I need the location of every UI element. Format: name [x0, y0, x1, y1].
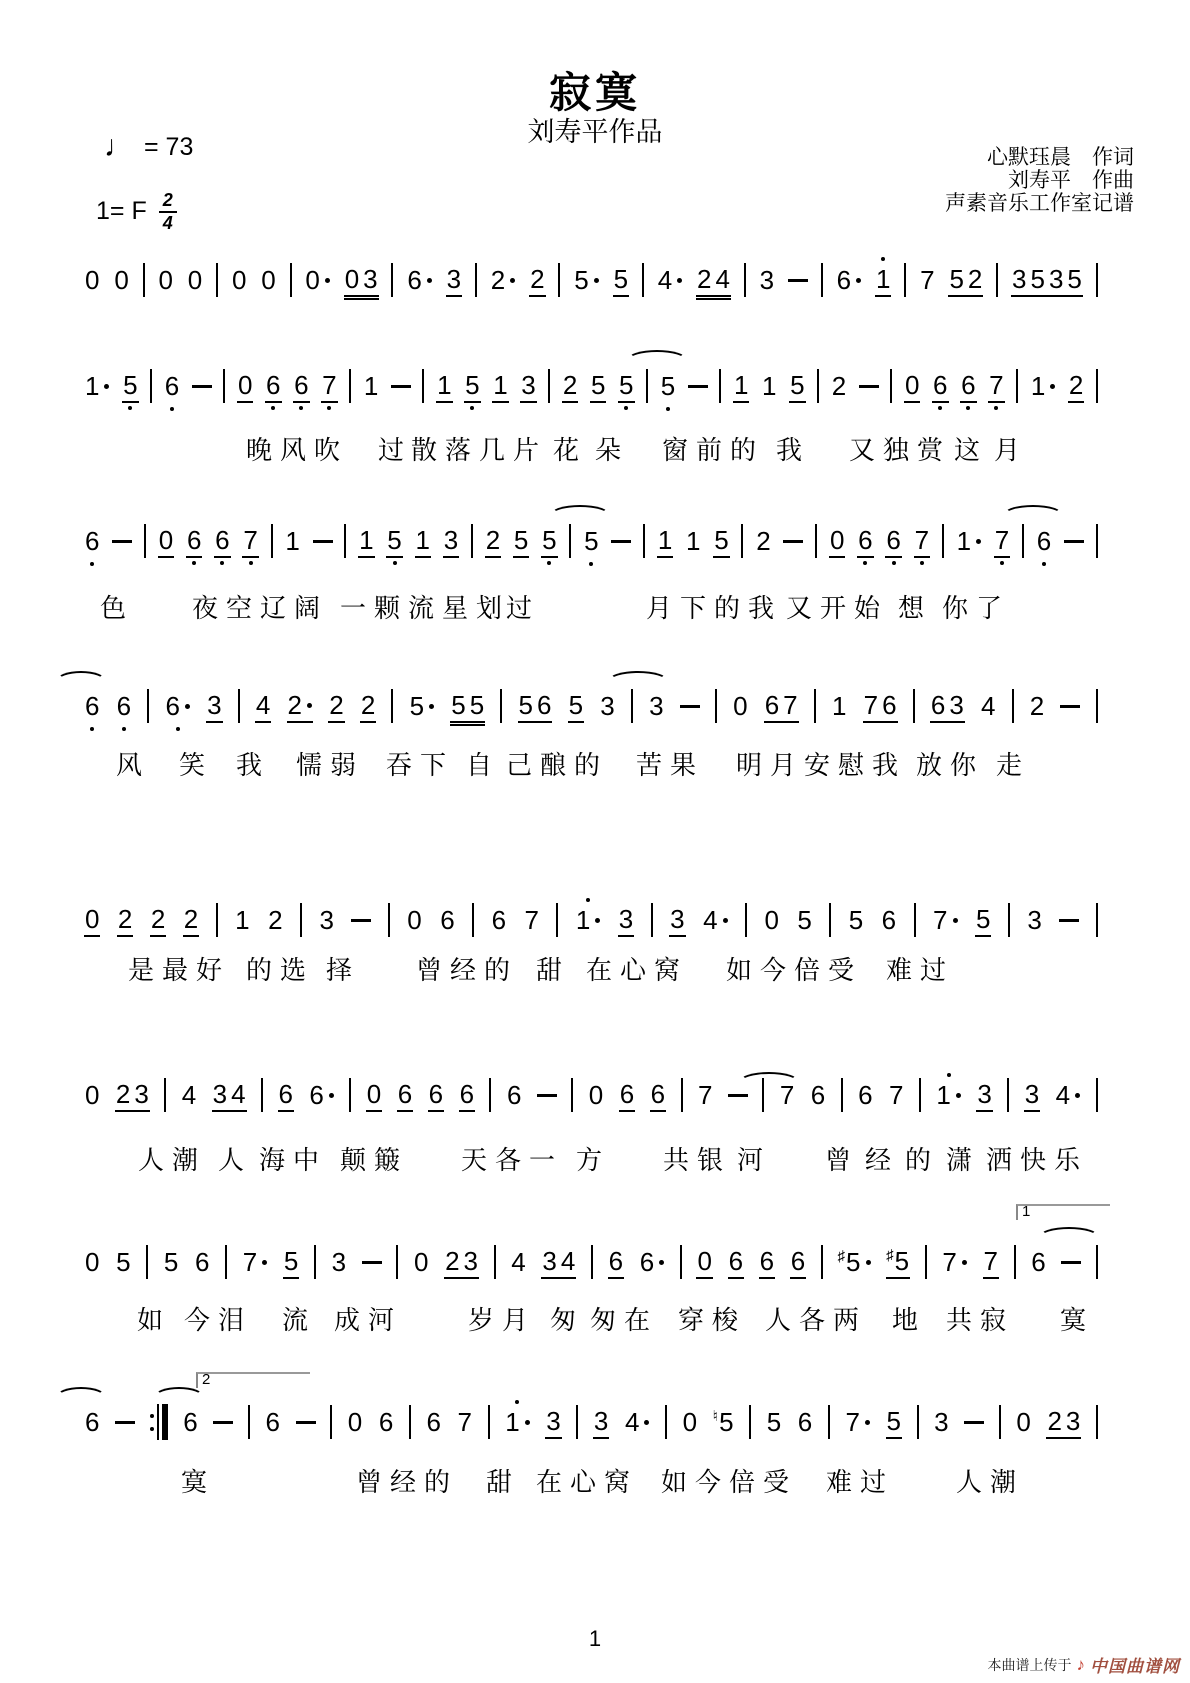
lyric-segment: 散落几片	[411, 430, 547, 467]
note-token: ♯5	[838, 1246, 872, 1278]
lyric-segment: 地	[892, 1300, 926, 1337]
octave-dot-below	[271, 406, 275, 410]
lyric-segment: 海中	[259, 1140, 327, 1177]
watermark: 本曲谱上传于 ♪ 中国曲谱网	[988, 1652, 1181, 1677]
note-token: 0	[588, 1079, 604, 1111]
lyric-segment: 走	[996, 745, 1030, 782]
dash-prolong	[537, 1094, 557, 1097]
note-token: 1	[831, 690, 847, 722]
barline	[472, 903, 474, 937]
note-token: 3	[446, 263, 462, 297]
note-digits: 0	[238, 369, 252, 401]
note-token: 2	[183, 903, 199, 937]
note-token: 6	[619, 1078, 635, 1112]
note-token: 3	[545, 1405, 561, 1439]
note-digits: 2	[832, 370, 846, 402]
note-digits: 0	[85, 1079, 99, 1111]
note-digits: 1	[437, 369, 451, 401]
note-digits: 5	[574, 264, 588, 296]
note-digits: 5	[465, 369, 479, 401]
credits-block: 心默珏晨 作词 刘寿平 作曲 声素音乐工作室记谱	[945, 146, 1134, 215]
note-digits: 0	[158, 264, 172, 296]
note-digits: 5	[895, 1245, 909, 1277]
lyric-segment: 你了	[942, 588, 1010, 625]
note-token: 7	[932, 904, 958, 936]
note-digits: 6	[215, 524, 229, 556]
note-token: 1	[935, 1079, 961, 1111]
repeat-dots	[150, 1414, 154, 1431]
barline	[665, 1405, 667, 1439]
barline	[216, 263, 218, 297]
note-digits: 0	[764, 904, 778, 936]
dash-prolong	[362, 1261, 382, 1264]
note-digits: 5	[849, 904, 863, 936]
note-digits: 2	[361, 689, 375, 721]
lyric-segment: 人潮	[956, 1462, 1024, 1499]
barline	[631, 689, 633, 723]
barline	[471, 524, 473, 558]
lyric-line-8: 寞曾经的甜在心窝如今倍受难过人潮	[0, 1462, 1190, 1496]
note-digits: 0	[683, 1406, 697, 1438]
barline	[164, 1078, 166, 1112]
dash-prolong	[728, 1094, 748, 1097]
volta-label: 1	[1018, 1203, 1110, 1220]
lyric-segment: 是最好	[128, 950, 230, 987]
note-digits: 1	[576, 904, 590, 936]
note-token: 4	[1055, 1079, 1081, 1111]
barline	[681, 1078, 683, 1112]
barline	[719, 369, 721, 403]
octave-dot-below	[920, 561, 924, 565]
note-token: 6	[932, 369, 948, 403]
note-token: 7	[983, 1245, 999, 1279]
tie-arc	[1003, 505, 1063, 525]
note-digits: 5	[387, 524, 401, 556]
volta-bracket-2: 2	[196, 1372, 310, 1388]
note-token: 6	[797, 1406, 813, 1438]
note-token: 0	[84, 903, 100, 937]
note-token: 1	[733, 369, 749, 403]
lyric-segment: 明月安慰我	[736, 745, 906, 782]
octave-dot-below	[170, 407, 174, 411]
octave-dot-below	[547, 561, 551, 565]
note-digits: 6	[165, 690, 179, 722]
barline	[396, 1245, 398, 1279]
music-line-7: 0556753023434660666♯5♯5776	[84, 1240, 1098, 1284]
lyric-segment: 夜空辽阔	[192, 588, 328, 625]
note-digits: 1	[1031, 370, 1045, 402]
note-digits: 7	[889, 1079, 903, 1111]
note-token: 1	[363, 370, 379, 402]
note-digits: 6	[791, 1245, 805, 1277]
note-token: 1	[504, 1406, 530, 1438]
note-token: 3535	[1011, 263, 1083, 297]
note-digits: 0	[733, 690, 747, 722]
note-digits: 7	[243, 524, 257, 556]
note-token: 5	[122, 369, 138, 403]
lyric-segment: 方	[576, 1140, 610, 1177]
note-digits: 2	[1069, 369, 1083, 401]
barline	[571, 1078, 573, 1112]
sharp-icon: ♯	[886, 1240, 894, 1272]
note-digits: 7	[933, 904, 947, 936]
barline	[942, 524, 944, 558]
note-token: 0	[347, 1406, 363, 1438]
note-digits: 1	[957, 525, 971, 557]
note-digits: 0	[589, 1079, 603, 1111]
note-digits: 6	[85, 1406, 99, 1438]
barline	[248, 1405, 250, 1439]
note-digits: 5	[123, 369, 137, 401]
note-digits: 2	[268, 904, 282, 936]
note-token: 2	[117, 903, 133, 937]
barline	[1096, 369, 1098, 403]
lyric-segment: 又独赏	[849, 430, 951, 467]
barline	[290, 263, 292, 297]
note-digits: 23	[445, 1245, 482, 1277]
lyric-segment: 曾经的	[416, 950, 518, 987]
note-token: 0	[413, 1246, 429, 1278]
note-token: 5	[660, 370, 676, 402]
note-digits: 3	[332, 1246, 346, 1278]
barline	[829, 903, 831, 937]
note-digits: 2	[151, 903, 165, 935]
barline	[1096, 689, 1098, 723]
thin-barline	[157, 1404, 159, 1440]
note-token: 5	[409, 690, 435, 722]
barline	[715, 689, 717, 723]
note-token: 3	[599, 690, 615, 722]
note-token: 56	[518, 689, 553, 723]
note-token: 7	[941, 1246, 967, 1278]
note-token: 67	[764, 689, 799, 723]
note-token: 2	[562, 369, 578, 403]
barline	[913, 689, 915, 723]
note-token: 3	[318, 904, 334, 936]
note-token: 1	[492, 369, 508, 403]
note-digits: 0	[697, 1245, 711, 1277]
note-token: 6	[1036, 525, 1052, 557]
barline	[1096, 1245, 1098, 1279]
note-digits: 6	[858, 524, 872, 556]
lyric-segment: 晚风吹	[246, 430, 348, 467]
lyric-segment: 曾	[825, 1140, 859, 1177]
note-token: 1	[685, 525, 701, 557]
note-token: 2	[755, 525, 771, 557]
note-digits: 52	[949, 263, 986, 295]
note-token: 5	[848, 904, 864, 936]
note-digits: 6	[426, 1406, 440, 1438]
note-token: 6	[406, 264, 432, 296]
note-token: 0	[904, 369, 920, 403]
lyric-segment: 如今倍受	[726, 950, 862, 987]
note-token: 5	[796, 904, 812, 936]
note-token: 1	[956, 525, 982, 557]
note-token: 3	[669, 903, 685, 937]
note-token: 6	[186, 524, 202, 558]
barline	[147, 689, 149, 723]
note-digits: 7	[915, 524, 929, 556]
note-digits: 0	[114, 264, 128, 296]
note-token: 3	[759, 264, 775, 296]
note-token: 2	[360, 689, 376, 723]
tie-arc-continuation	[56, 1387, 106, 1407]
note-token: 7	[242, 524, 258, 558]
octave-dot-below	[966, 406, 970, 410]
lyric-segment: 天各一	[461, 1140, 563, 1177]
dash-prolong	[1064, 540, 1084, 543]
lyric-segment: 笑	[179, 745, 213, 782]
note-digits: 6	[811, 1079, 825, 1111]
lyric-segment: 懦弱	[296, 745, 364, 782]
note-token: 6	[164, 370, 180, 402]
barline	[591, 1245, 593, 1279]
note-digits: 6	[798, 1406, 812, 1438]
barline	[821, 263, 823, 297]
octave-dot-below	[938, 406, 942, 410]
note-digits: 3	[619, 903, 633, 935]
augmentation-dot	[723, 918, 728, 923]
barline	[143, 263, 145, 297]
note-digits: 6	[195, 1246, 209, 1278]
note-token: 0	[829, 524, 845, 558]
note-digits: 1	[762, 370, 776, 402]
note-token: 0	[732, 690, 748, 722]
note-digits: 5	[790, 369, 804, 401]
octave-dot-below	[666, 407, 670, 411]
note-token: 6	[857, 1079, 873, 1111]
note-token: 6	[378, 1406, 394, 1438]
note-digits: 2	[329, 689, 343, 721]
octave-dot-below	[470, 406, 474, 410]
lyric-line-7: 如今泪流成河岁月匆匆在穿梭人各两地共寂寞	[0, 1300, 1190, 1334]
note-digits: 5	[284, 1245, 298, 1277]
note-digits: 5	[116, 1246, 130, 1278]
barline	[391, 263, 393, 297]
note-digits: 7	[780, 1079, 794, 1111]
note-token: 7	[844, 1406, 870, 1438]
lyric-segment: 难过	[886, 950, 954, 987]
note-digits: 6	[294, 369, 308, 401]
lyric-segment: 洒	[986, 1140, 1020, 1177]
barline	[225, 1245, 227, 1279]
sharp-icon: ♯	[838, 1241, 846, 1273]
lyric-segment: 这	[954, 430, 988, 467]
lyric-segment: 潇	[946, 1140, 980, 1177]
note-digits: 7	[942, 1246, 956, 1278]
note-digits: 6	[266, 1406, 280, 1438]
natural-icon: ♮	[713, 1401, 718, 1433]
note-digits: 5	[714, 524, 728, 556]
note-digits: 1	[235, 904, 249, 936]
site-logo-icon: ♪	[1077, 1656, 1086, 1673]
note-token: 0	[260, 264, 276, 296]
lyric-line-6: 人潮人海中颠簸天各一方共银河曾经的潇洒快乐	[0, 1140, 1190, 1174]
note-digits: 0	[159, 524, 173, 556]
note-digits: 7	[698, 1079, 712, 1111]
note-digits: 1	[734, 369, 748, 401]
note-digits: 3535	[1012, 263, 1086, 295]
note-digits: 4	[256, 689, 270, 721]
barline	[300, 903, 302, 937]
lyric-segment: 过	[506, 588, 540, 625]
note-digits: 7	[995, 524, 1009, 556]
barline	[890, 369, 892, 403]
barline	[841, 1078, 843, 1112]
note-token: 2	[1068, 369, 1084, 403]
augmentation-dot	[1050, 384, 1055, 389]
lyric-segment: 共寂	[946, 1300, 1014, 1337]
note-token: 0	[304, 264, 330, 296]
octave-dot-below	[122, 727, 126, 731]
note-digits: 5	[619, 369, 633, 401]
note-digits: 2	[288, 689, 302, 721]
barline	[1008, 903, 1010, 937]
note-token: 0	[696, 1245, 712, 1279]
barline	[744, 263, 746, 297]
note-token: 0	[187, 264, 203, 296]
note-token: 0	[366, 1078, 382, 1112]
note-token: 5	[163, 1246, 179, 1278]
note-digits: 5	[846, 1246, 860, 1278]
note-digits: 6	[609, 1245, 623, 1277]
note-digits: 0	[85, 264, 99, 296]
barline	[349, 369, 351, 403]
octave-dot-below	[249, 561, 253, 565]
barline	[223, 369, 225, 403]
barline	[558, 263, 560, 297]
note-token: 7	[523, 904, 539, 936]
lyric-segment: 难过	[826, 1462, 894, 1499]
note-token: 3	[933, 1406, 949, 1438]
note-token: 1	[436, 369, 452, 403]
note-token: 5	[766, 1406, 782, 1438]
note-token: 7	[457, 1406, 473, 1438]
note-token: 6	[308, 1079, 334, 1111]
note-token: 6	[265, 1406, 281, 1438]
lyric-line-3: 色夜空辽阔一颗流星划过月下的我又开始想你了	[0, 588, 1190, 622]
note-digits: 7	[243, 1246, 257, 1278]
note-token: 34	[541, 1245, 576, 1279]
octave-dot-below	[90, 562, 94, 566]
lyric-segment: 我	[776, 430, 810, 467]
note-token: 6	[439, 904, 455, 936]
octave-dot-below	[90, 727, 94, 731]
note-token: 4	[624, 1406, 650, 1438]
note-token: 0	[84, 1246, 100, 1278]
note-digits: 3	[447, 263, 461, 295]
note-digits: 03	[345, 263, 382, 295]
note-token: 3	[1024, 1078, 1040, 1112]
note-digits: 7	[984, 1245, 998, 1277]
note-token: 2	[287, 689, 313, 723]
octave-dot-above	[515, 1400, 519, 1404]
barline	[576, 1405, 578, 1439]
barline	[643, 524, 645, 558]
note-token: 5	[713, 524, 729, 558]
lyric-line-4: 风笑我懦弱吞下自己酿的苦果明月安慰我放你走	[0, 745, 1190, 779]
lyric-segment: 颠簸	[340, 1140, 408, 1177]
note-token: 55	[450, 689, 485, 723]
barline	[489, 1078, 491, 1112]
note-token: 0	[763, 904, 779, 936]
note-digits: 3	[600, 690, 614, 722]
lyric-segment: 月下的我	[646, 588, 782, 625]
lyric-segment: 在心窝	[536, 1462, 638, 1499]
lyric-segment: 寞	[1060, 1300, 1094, 1337]
note-token: 0	[682, 1406, 698, 1438]
note-token: 6	[116, 690, 132, 722]
sheet-music-page: 寂寞 刘寿平作品 ♩ = 73 1= F 2 4 心默珏晨 作词 刘寿平 作曲 …	[0, 0, 1190, 1683]
music-line-8: 666066713340♮556753023	[84, 1400, 1098, 1444]
barline	[999, 1405, 1001, 1439]
note-digits: 7	[989, 369, 1003, 401]
octave-dot-below	[176, 727, 180, 731]
note-digits: 5	[569, 689, 583, 721]
note-token: 6	[491, 904, 507, 936]
note-digits: 23	[116, 1078, 153, 1110]
note-token: 0	[84, 264, 100, 296]
note-digits: 3	[521, 369, 535, 401]
octave-dot-below	[192, 561, 196, 565]
barline	[817, 369, 819, 403]
repeat-dot	[150, 1414, 154, 1418]
note-token: 6	[214, 524, 230, 558]
octave-dot-below	[892, 561, 896, 565]
augmentation-dot	[262, 1260, 267, 1265]
tie-arc-continuation	[56, 671, 106, 691]
note-digits: 5	[514, 524, 528, 556]
lyric-segment: 匆	[550, 1300, 584, 1337]
note-digits: 3	[670, 903, 684, 935]
note-token: 5	[568, 689, 584, 723]
dash-prolong	[859, 385, 879, 388]
note-token: 6	[428, 1078, 444, 1112]
barline	[500, 689, 502, 723]
barline	[1096, 524, 1098, 558]
barline	[651, 903, 653, 937]
note-digits: 6	[837, 264, 851, 296]
lyric-segment: 色	[100, 588, 134, 625]
note-digits: 34	[542, 1245, 579, 1277]
note-token: 2	[1029, 690, 1045, 722]
note-digits: 6	[933, 369, 947, 401]
note-token: 0	[158, 524, 174, 558]
barline	[261, 1078, 263, 1112]
lyric-segment: 朵	[595, 430, 629, 467]
music-line-1: 0000000036322554243617523535	[84, 258, 1098, 302]
note-token: 5	[590, 369, 606, 403]
lyric-segment: 吞下	[386, 745, 454, 782]
note-digits: 1	[285, 525, 299, 557]
note-token: 5	[283, 1245, 299, 1279]
note-digits: 0	[188, 264, 202, 296]
augmentation-dot	[525, 1420, 530, 1425]
note-token: 6	[728, 1245, 744, 1279]
music-line-6: 0234346606666066776671334	[84, 1073, 1098, 1117]
note-token: 5	[975, 903, 991, 937]
note-token: 0	[1015, 1406, 1031, 1438]
octave-dot-above	[947, 1073, 951, 1077]
barline	[904, 263, 906, 297]
note-digits: 5	[614, 263, 628, 295]
note-token: 1	[875, 263, 891, 297]
note-token: 1	[1030, 370, 1056, 402]
note-digits: 6	[85, 690, 99, 722]
octave-dot-below	[327, 406, 331, 410]
note-digits: 2	[491, 264, 505, 296]
note-digits: 6	[266, 369, 280, 401]
